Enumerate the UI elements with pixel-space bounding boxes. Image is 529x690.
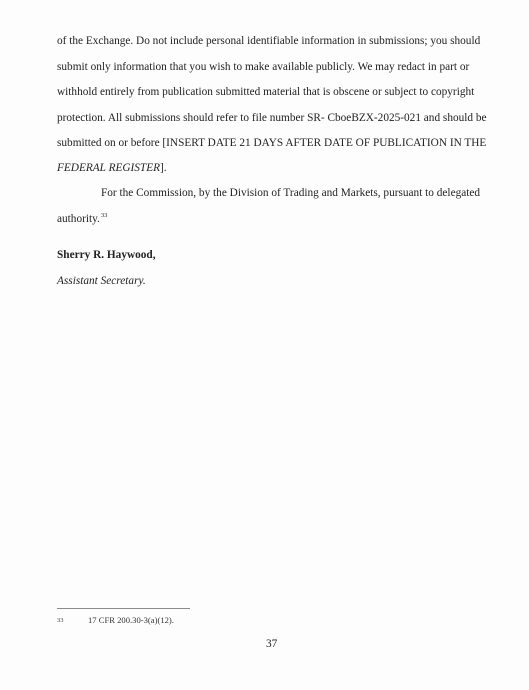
signatory-name: Sherry R. Haywood, [57,248,156,262]
bracket-close: ]. [160,162,167,174]
body-text-line: submitted on or before [INSERT DATE 21 D… [57,136,486,150]
footnote-separator [57,608,190,609]
body-text-line: of the Exchange. Do not include personal… [57,34,480,48]
signatory-title: Assistant Secretary. [57,274,146,288]
document-page: of the Exchange. Do not include personal… [0,0,529,690]
footnote-number: 33 [57,617,64,624]
commission-text-line: authority.33 [57,212,107,226]
federal-register-italic: FEDERAL REGISTER [57,162,160,174]
footnote-reference[interactable]: 33 [101,212,108,219]
authority-text: authority. [57,213,100,225]
body-text-line: submit only information that you wish to… [57,60,469,74]
body-text-line: protection. All submissions should refer… [57,111,487,125]
body-text-line: withhold entirely from publication submi… [57,85,474,99]
page-number: 37 [266,638,277,650]
commission-text-line: For the Commission, by the Division of T… [101,186,480,200]
body-text-line: FEDERAL REGISTER]. [57,161,167,175]
footnote-text: 17 CFR 200.30-3(a)(12). [88,615,174,625]
